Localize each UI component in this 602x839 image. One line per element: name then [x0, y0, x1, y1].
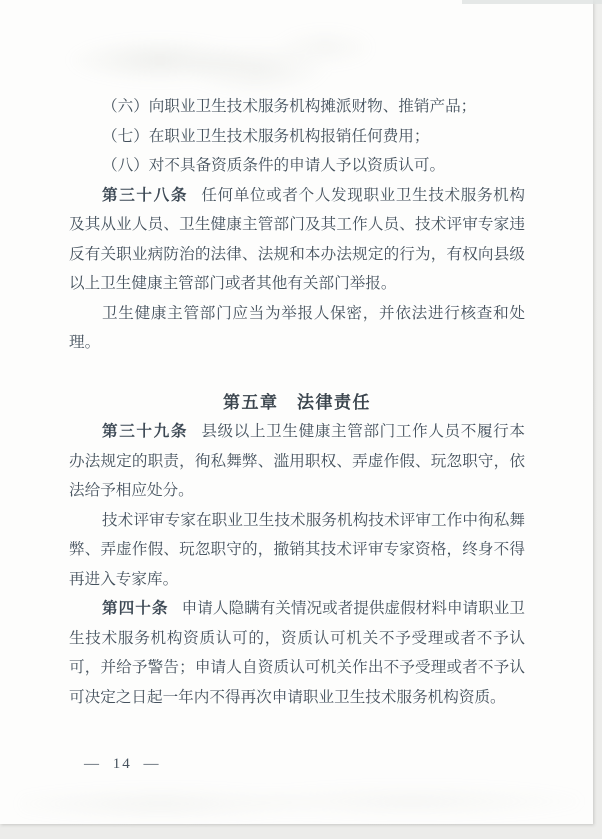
article-number: 第四十条: [102, 600, 168, 617]
article-paragraph: 第四十条申请人隐瞒有关情况或者提供虚假材料申请职业卫生技术服务机构资质认可的，资…: [69, 594, 525, 712]
document-body: （六）向职业卫生技术服务机构摊派财物、推销产品；（七）在职业卫生技术服务机构报销…: [69, 92, 525, 712]
paragraph: 卫生健康主管部门应当为举报人保密，并依法进行核查和处理。: [69, 299, 525, 358]
scanned-page: （六）向职业卫生技术服务机构摊派财物、推销产品；（七）在职业卫生技术服务机构报销…: [0, 0, 602, 839]
chapter-heading: 第五章 法律责任: [69, 388, 525, 418]
paragraph: （七）在职业卫生技术服务机构报销任何费用；: [69, 122, 525, 152]
paper-sheet: （六）向职业卫生技术服务机构摊派财物、推销产品；（七）在职业卫生技术服务机构报销…: [0, 0, 593, 824]
scanner-edge-strip: [462, 0, 602, 4]
article-number: 第三十九条: [102, 423, 188, 440]
paragraph: 技术评审专家在职业卫生技术服务机构技术评审工作中徇私舞弊、弄虚作假、玩忽职守的，…: [69, 506, 525, 595]
scan-smudge-bottom: [20, 775, 580, 823]
article-paragraph: 第三十九条县级以上卫生健康主管部门工作人员不履行本办法规定的职责，徇私舞弊、滥用…: [69, 417, 525, 506]
paragraph: （八）对不具备资质条件的申请人予以资质认可。: [69, 151, 525, 181]
paragraph: （六）向职业卫生技术服务机构摊派财物、推销产品；: [69, 92, 525, 122]
article-paragraph: 第三十八条任何单位或者个人发现职业卫生技术服务机构及其从业人员、卫生健康主管部门…: [69, 181, 525, 299]
article-number: 第三十八条: [102, 187, 188, 204]
page-number: — 14 —: [84, 753, 161, 775]
